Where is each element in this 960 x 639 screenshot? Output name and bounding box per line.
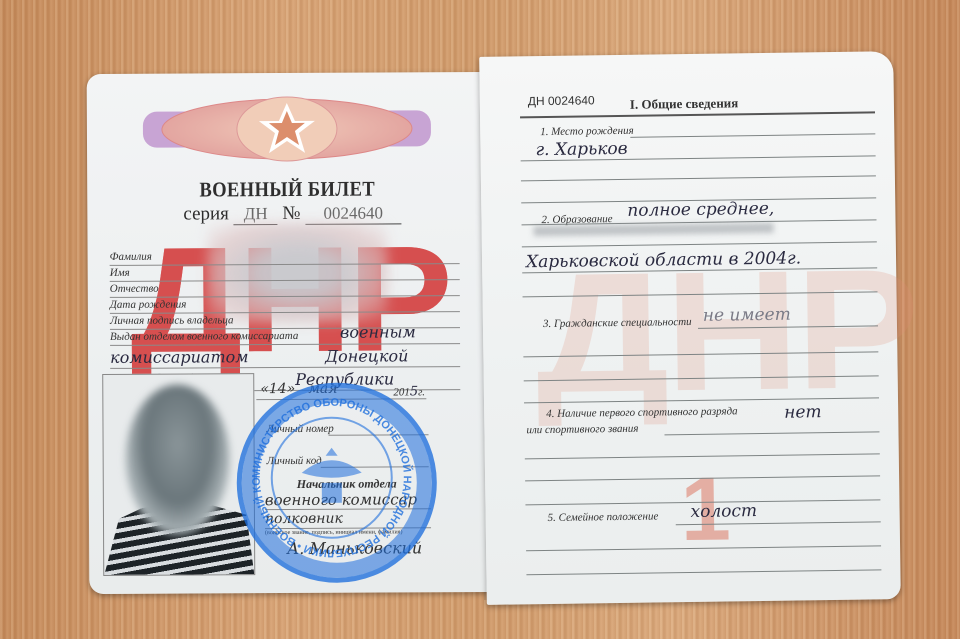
item-3-label: 3. Гражданские специальности <box>543 316 692 330</box>
field-label: Выдан отделом военного комиссариата <box>110 330 298 343</box>
field-surname: Фамилия <box>110 248 460 266</box>
field-label: Личная подпись владельца <box>110 314 234 327</box>
item-1-value: г. Харьков <box>535 139 627 160</box>
handwritten-text: комиссариатом <box>110 347 248 367</box>
official-stamp: МИНИСТЕРСТВО ОБОРОНЫ ДОНЕЦКОЙ НАРОДНОЙ Р… <box>236 382 437 583</box>
item-3-value: не имеет <box>703 305 791 326</box>
field-label: Фамилия <box>110 251 152 263</box>
issued-by-line: комиссариатом Донецкой <box>110 344 460 369</box>
field-name: Имя <box>110 264 460 282</box>
field-label: Отчество <box>110 283 159 295</box>
left-page: ВОЕННЫЙ БИЛЕТ серия ДН № 0024640 ДНР Фам… <box>87 72 490 594</box>
field-birthdate: Дата рождения <box>110 296 460 314</box>
ruled-line <box>521 175 876 181</box>
field-label: Имя <box>110 267 130 279</box>
ruled-line <box>630 133 875 137</box>
item-1-label: 1. Место рождения <box>540 125 634 138</box>
personal-fields: Фамилия Имя Отчество Дата рождения Лична… <box>110 248 461 392</box>
right-page: ДНР 1 ДН 0024640 I. Общие сведения 1. Ме… <box>479 51 901 605</box>
redacted-face <box>125 384 230 535</box>
page-serial: ДН 0024640 <box>528 93 595 108</box>
field-value: военным <box>340 324 416 339</box>
star-emblem-icon <box>137 94 437 164</box>
item-5-label: 5. Семейное положение <box>548 510 659 524</box>
section-heading: I. Общие сведения <box>630 95 739 113</box>
owner-photo <box>102 373 255 576</box>
ruled-line <box>526 569 881 575</box>
field-label: Дата рождения <box>110 299 186 311</box>
field-patronymic: Отчество <box>110 280 460 298</box>
field-issued-by: Выдан отделом военного комиссариата воен… <box>110 328 460 346</box>
item-4-label-2: или спортивного звания <box>526 423 638 437</box>
handwritten-text: Донецкой <box>325 346 408 365</box>
item-5-value: холост <box>690 501 757 522</box>
ruled-line <box>664 431 879 435</box>
item-4-value: нет <box>784 402 822 423</box>
document-title: ВОЕННЫЙ БИЛЕТ <box>111 176 463 203</box>
item-2-value: полное среднее, <box>627 199 774 221</box>
stamp-eagle-icon: МИНИСТЕРСТВО ОБОРОНЫ ДОНЕЦКОЙ НАРОДНОЙ Р… <box>241 387 422 568</box>
heading-rule <box>520 111 875 118</box>
